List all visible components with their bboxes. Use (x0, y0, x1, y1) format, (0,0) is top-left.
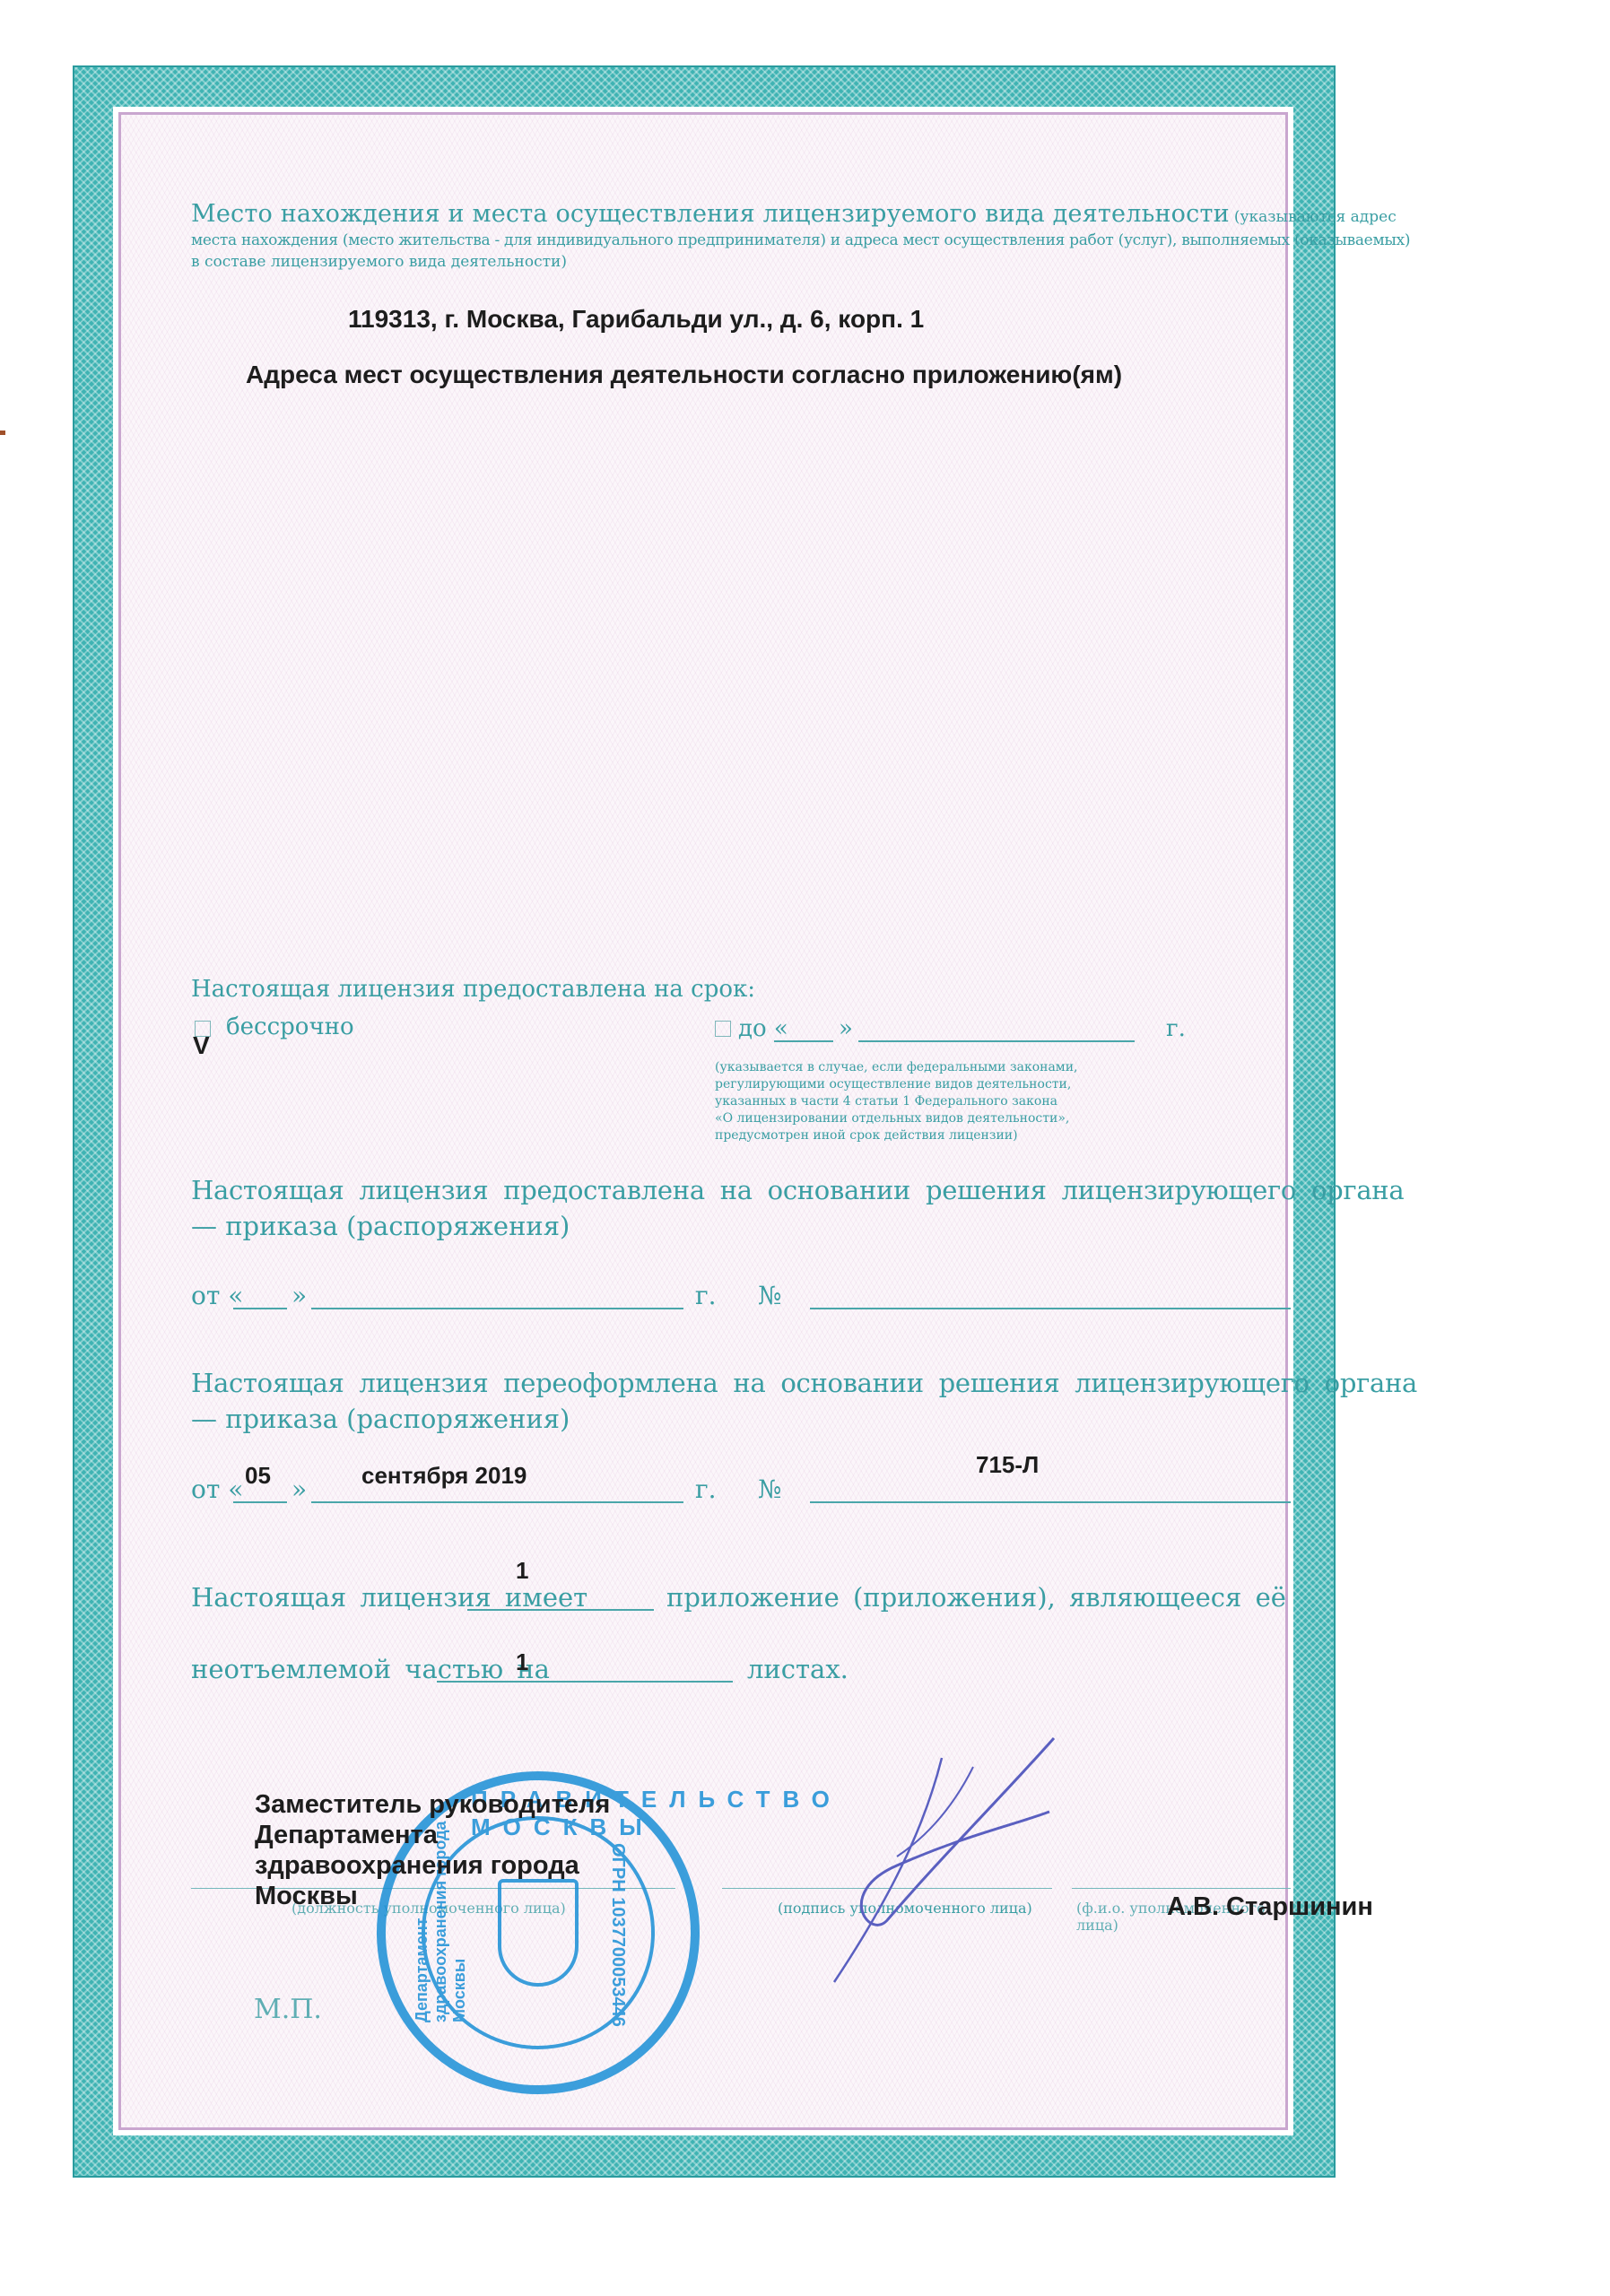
check-mark: V (193, 1031, 210, 1060)
grant-quote-close: » (292, 1281, 307, 1310)
sheet-count-field[interactable] (437, 1681, 733, 1683)
location-heading-block: Место нахождения и места осуществления л… (191, 200, 1258, 271)
reissue-basis-line2: — приказа (распоряжения) (191, 1404, 570, 1434)
sheet-count-value: 1 (516, 1648, 528, 1676)
reissue-number-label: № (758, 1474, 782, 1504)
grant-day-field[interactable] (233, 1308, 287, 1309)
seal-label: М.П. (254, 1994, 322, 2025)
reissue-from-label: от « (191, 1474, 243, 1504)
license-address: 119313, г. Москва, Гарибальди ул., д. 6,… (348, 305, 924, 334)
grant-basis-line2: — приказа (распоряжения) (191, 1211, 570, 1241)
signer-name: А.В. Старшинин (1167, 1892, 1373, 1922)
grant-basis-line1: Настоящая лицензия предоставлена на осно… (191, 1175, 1404, 1205)
reissue-day-field[interactable] (233, 1501, 287, 1503)
until-note-line: указанных в части 4 статьи 1 Федеральног… (715, 1093, 1077, 1110)
signer-position-line: здравоохранения города (255, 1850, 610, 1881)
handwritten-signature (789, 1722, 1076, 1991)
reissue-number-field[interactable] (810, 1501, 1291, 1503)
until-year-suffix: г. (1166, 1015, 1186, 1042)
until-note-line: (указывается в случае, если федеральными… (715, 1059, 1077, 1076)
appendix-line2-prefix: неотъемлемой частью на (191, 1654, 550, 1684)
until-date-field[interactable] (858, 1040, 1135, 1042)
location-heading-note: (указываются адрес (1234, 208, 1397, 226)
scan-mark (0, 430, 5, 435)
location-heading: Место нахождения и места осуществления л… (191, 200, 1230, 228)
reissue-date-field[interactable] (311, 1501, 683, 1503)
name-line (1072, 1888, 1291, 1889)
signer-position-line: Департамента (255, 1820, 610, 1850)
appendix-line2-suffix: листах. (747, 1654, 849, 1684)
appendix-line1-suffix: приложение (приложения), являющееся её (666, 1582, 1286, 1613)
location-note-line3: в составе лицензируемого вида деятельнос… (191, 253, 1258, 271)
reissue-quote-close: » (292, 1474, 307, 1504)
until-day-field[interactable] (774, 1040, 833, 1042)
grant-date-field[interactable] (311, 1308, 683, 1309)
until-note-line: регулирующими осуществление видов деятел… (715, 1076, 1077, 1093)
reissue-number-value: 715-Л (976, 1451, 1039, 1479)
until-note: (указывается в случае, если федеральными… (715, 1059, 1077, 1144)
term-label: Настоящая лицензия предоставлена на срок… (191, 976, 755, 1003)
until-mid: » (839, 1015, 853, 1042)
until-note-line: «О лицензировании отдельных видов деятел… (715, 1110, 1077, 1127)
signer-position-line: Москвы (255, 1881, 610, 1911)
grant-year-suffix: г. (695, 1281, 717, 1310)
grant-number-label: № (758, 1281, 782, 1310)
appendix-line1-prefix: Настоящая лицензия имеет (191, 1582, 587, 1613)
option-indefinite-label: бессрочно (226, 1013, 354, 1040)
grant-number-field[interactable] (810, 1308, 1291, 1309)
seal-ogrn: ОГРН 1037700053446 (607, 1843, 628, 2027)
appendix-count-field[interactable] (467, 1609, 654, 1611)
reissue-day-value: 05 (245, 1462, 271, 1490)
appendix-count-value: 1 (516, 1557, 528, 1585)
until-prefix: до « (738, 1015, 788, 1042)
until-note-line: предусмотрен иной срок действия лицензии… (715, 1127, 1077, 1144)
signer-position: Заместитель руководителя Департамента зд… (255, 1789, 610, 1911)
signer-position-line: Заместитель руководителя (255, 1789, 610, 1820)
location-note-line2: места нахождения (место жительства - для… (191, 231, 1258, 249)
reissue-date-value: сентября 2019 (361, 1462, 527, 1490)
checkbox-until[interactable] (715, 1021, 731, 1037)
activity-places-note: Адреса мест осуществления деятельности с… (246, 361, 1122, 389)
grant-from-label: от « (191, 1281, 243, 1310)
reissue-year-suffix: г. (695, 1474, 717, 1504)
reissue-basis-line1: Настоящая лицензия переоформлена на осно… (191, 1368, 1417, 1398)
